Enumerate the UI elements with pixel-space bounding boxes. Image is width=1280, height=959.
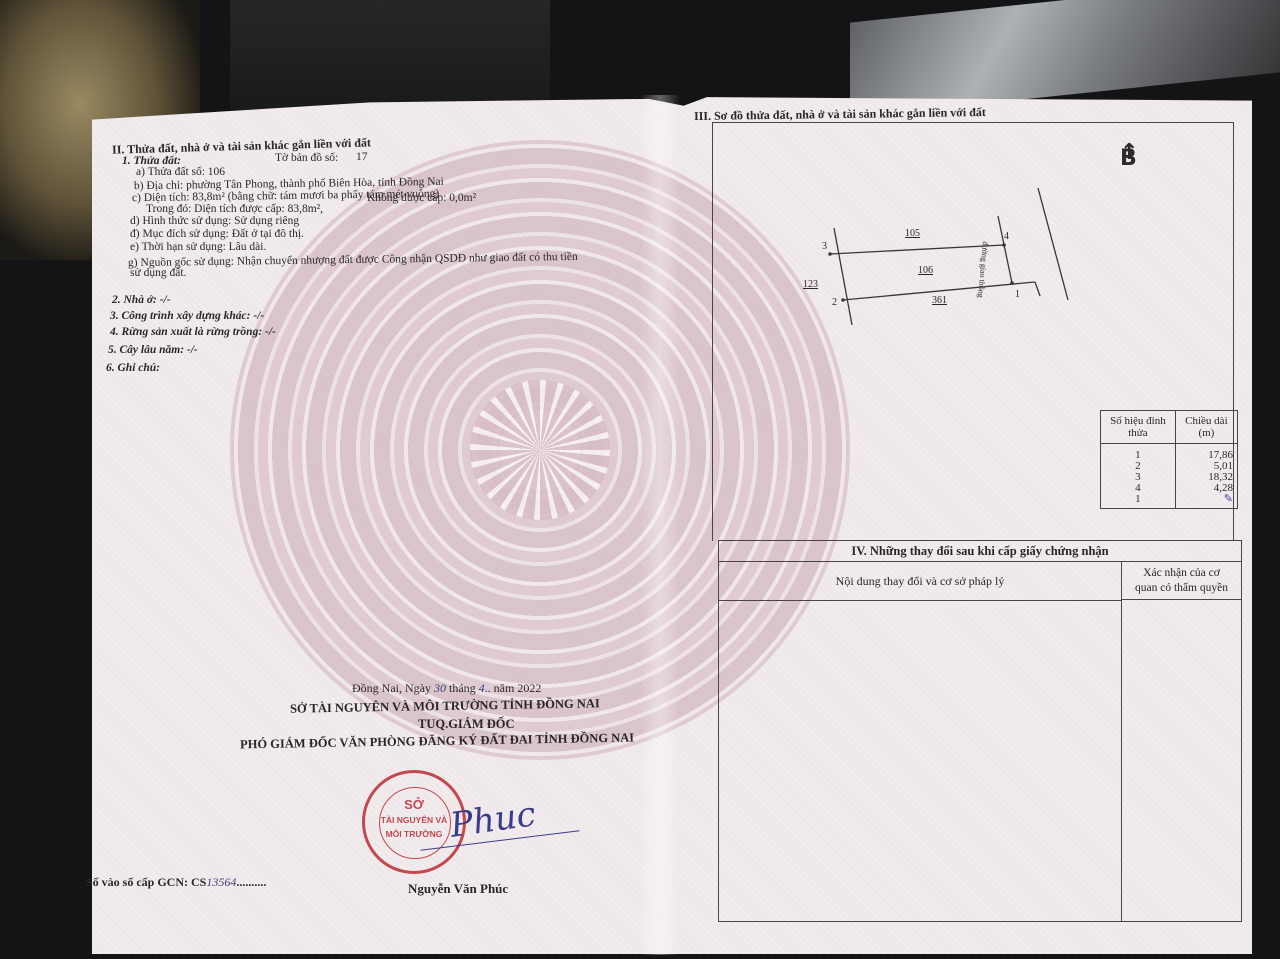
point-cell: 1 (1101, 494, 1176, 509)
point-2: 2 (832, 296, 837, 309)
column-divider (1121, 600, 1122, 921)
neighbor-parcel-123: 123 (803, 278, 818, 291)
col2-line2: quan có thẩm quyền (1122, 581, 1241, 596)
parcel-106: 106 (918, 264, 933, 277)
table-row: 44,28 (1101, 483, 1238, 494)
table-row: 117,86 (1101, 444, 1238, 462)
edge-length-table: Số hiệu đỉnh thửa Chiều dài (m) 117,86 2… (1100, 410, 1238, 509)
header-point: Số hiệu đỉnh thửa (1101, 411, 1176, 444)
length-cell: 17,86 (1175, 444, 1237, 462)
neighbor-parcel-105: 105 (905, 227, 920, 240)
authority-confirmation-header: Xác nhận của cơ quan có thẩm quyền (1122, 562, 1241, 600)
point-cell: 1 (1101, 444, 1176, 462)
neighbor-parcel-361: 361 (932, 294, 947, 307)
section4-title: IV. Những thay đổi sau khi cấp giấy chứn… (719, 541, 1241, 562)
point-1: 1 (1015, 288, 1020, 301)
length-cell: ✎ (1175, 494, 1237, 509)
header-length: Chiều dài (m) (1175, 411, 1237, 444)
changes-content-header: Nội dung thay đổi và cơ sở pháp lý (719, 562, 1122, 601)
table-row: 1✎ (1101, 494, 1238, 509)
point-3: 3 (822, 240, 827, 253)
col2-line1: Xác nhận của cơ (1122, 566, 1241, 581)
point-4: 4 (1004, 230, 1009, 243)
changes-after-certification-table: IV. Những thay đổi sau khi cấp giấy chứn… (718, 540, 1242, 922)
